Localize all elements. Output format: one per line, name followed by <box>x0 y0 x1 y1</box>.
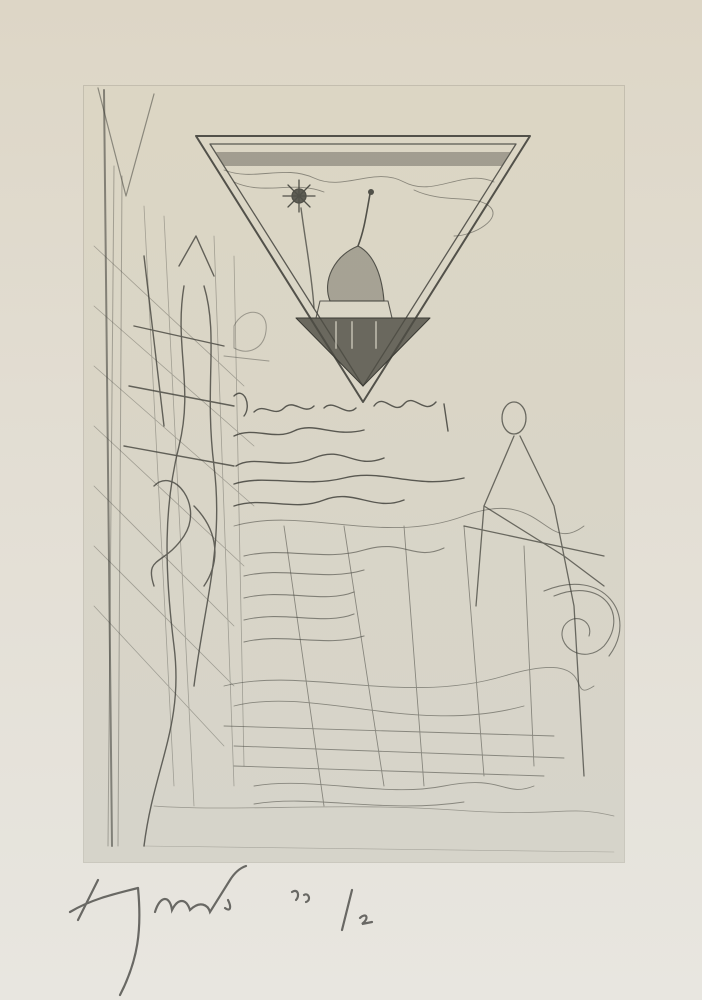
pencil-signature: Jarvé ?? /2 <box>60 850 420 1000</box>
etching-drawing <box>84 86 624 862</box>
etching-plate <box>84 86 624 862</box>
paper-sheet: Jarvé ?? /2 <box>0 0 702 1000</box>
signature-scrawl <box>60 850 420 1000</box>
